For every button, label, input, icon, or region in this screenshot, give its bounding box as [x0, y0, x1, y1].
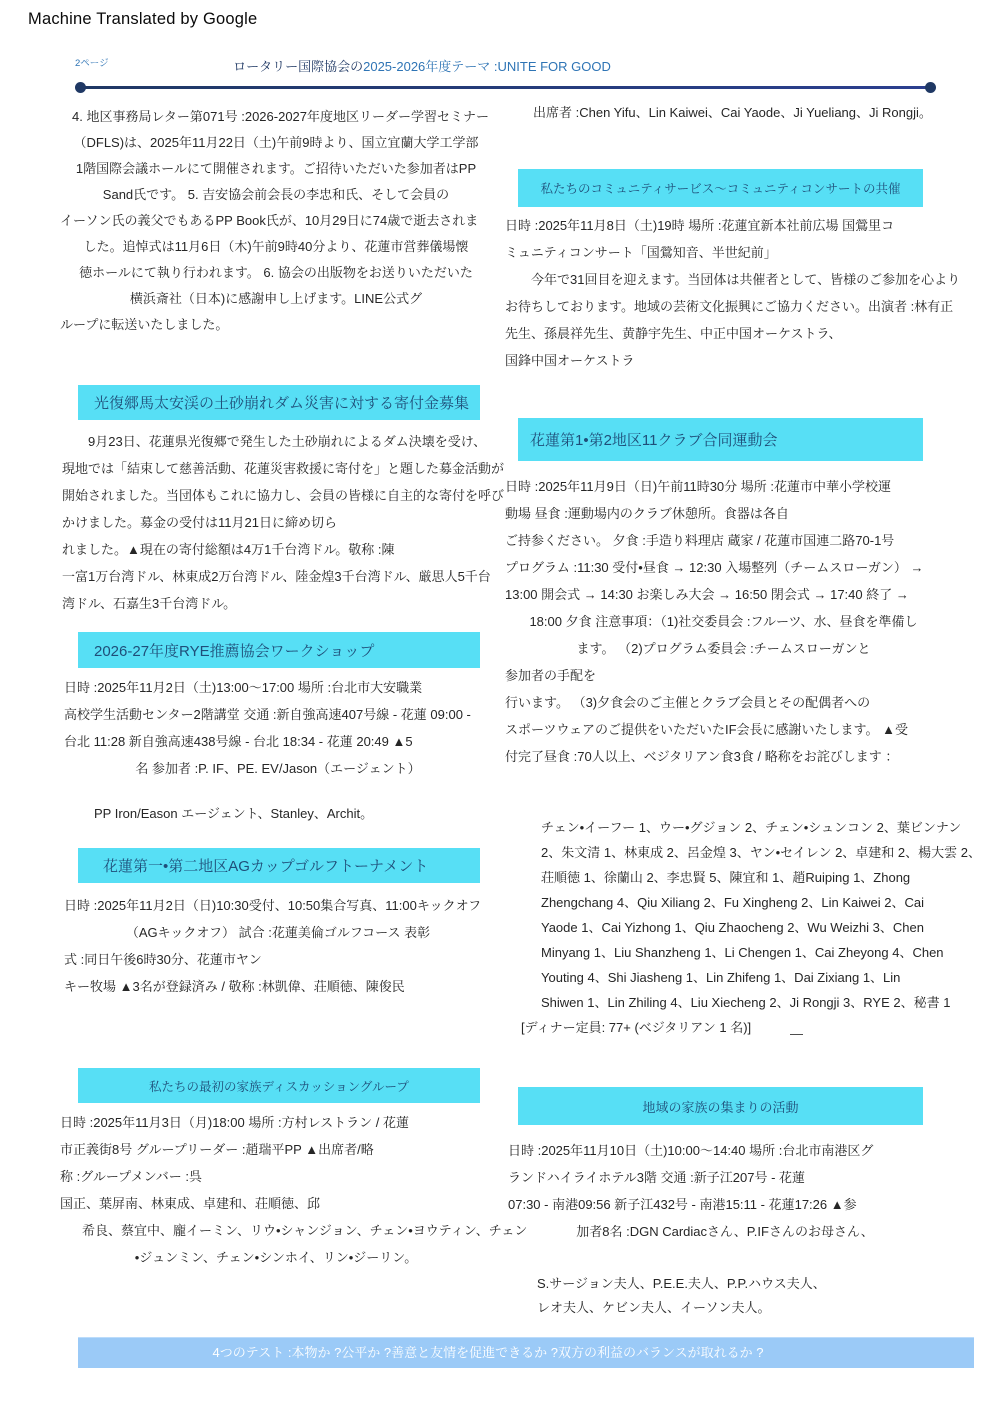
text-line: ループに転送いたしました。 — [60, 312, 492, 338]
text-line: 日時 :2025年11月2日（土)13:00～17:00 場所 :台北市大安職業 — [64, 674, 492, 701]
text-line: •ジュンミン、チェン•シンホイ、リン•ジーリン。 — [60, 1244, 492, 1271]
text-line: 1階国際会議ホールにて開催されます。ご招待いただいた参加者はPP — [60, 156, 492, 182]
roster-line: 2、朱文清 1、林東成 2、呂金煌 3、ヤン•セイレン 2、卓建和 2、楊大雲 … — [541, 840, 942, 865]
section-title-community-family-gathering: 地域の家族の集まりの活動 — [518, 1087, 923, 1125]
text-line: 加者8名 :DGN Cardiacさん、P.IFさんのお母さん、 — [508, 1218, 942, 1245]
roster-line: Youting 4、Shi Jiasheng 1、Lin Zhifeng 1、D… — [541, 965, 942, 990]
text-line: 日時 :2025年11月9日（日)午前11時30分 場所 :花蓮市中華小学校運 — [505, 473, 942, 500]
section-title-text: 花蓮第1•第2地区11クラブ合同運動会 — [530, 429, 778, 450]
text-line: 徳ホールにて執り行われます。 6. 協会の出版物をお送りいただいた — [60, 260, 492, 286]
sports-meet-roster-list: チェン•イーフー 1、ウー•グジョン 2、チェン•シュンコン 2、葉ビンナン2、… — [505, 815, 942, 1040]
section-title-text: 私たちのコミュニティサービス～コミュニティコンサートの共催 — [540, 179, 900, 197]
trailing-dash-mark: — — [790, 1026, 803, 1041]
section-title-text: 花蓮第一•第二地区AGカップゴルフトーナメント — [103, 855, 428, 876]
rye-workshop-paragraph: 日時 :2025年11月2日（土)13:00～17:00 場所 :台北市大安職業… — [64, 674, 492, 782]
four-way-test-footer: 4つのテスト :本物か ?公平か ?善意と友情を促進できるか ?双方の利益のバラ… — [78, 1337, 974, 1368]
text-line: ご持参ください。 夕食 :手造り料理店 蔵家 / 花蓮市国連二路70-1号 — [505, 527, 942, 554]
text-line: れました。▲現在の寄付総額は4万1千台湾ドル。敬称 :陳 — [62, 536, 492, 563]
text-line: 日時 :2025年11月3日（月)18:00 場所 :方村レストラン / 花蓮 — [60, 1109, 492, 1136]
roster-line: [ディナー定員: 77+ (ベジタリアン 1 名)] — [521, 1015, 942, 1040]
text-line: イーソン氏の義父でもあるPP Book氏が、10月29日に74歳で逝去されま — [60, 208, 492, 234]
text-line: 先生、孫晨祥先生、黄静宇先生、中正中国オーケストラ、 — [505, 320, 939, 347]
text-line: 参加者の手配を — [505, 662, 942, 689]
text-line: Sand氏です。 5. 吉安協会前会長の李忠和氏、そして会員の — [60, 182, 492, 208]
text-line: 湾ドル、石嘉生3千台湾ドル。 — [62, 590, 492, 617]
text-line: 台北 11:28 新自強高速438号線 - 台北 18:34 - 花蓮 20:4… — [64, 728, 492, 755]
machine-translated-watermark: Machine Translated by Google — [28, 10, 257, 29]
section-title-donation-drive: 光復郷馬太安渓の土砂崩れダム災害に対する寄付金募集 — [78, 385, 480, 420]
roster-line: Yaode 1、Cai Yizhong 1、Qiu Zhaocheng 2、Wu… — [541, 915, 942, 940]
text-line: S.サージョン夫人、P.E.E.夫人、P.P.ハウス夫人、 — [537, 1272, 937, 1296]
section-title-joint-sports-meet: 花蓮第1•第2地区11クラブ合同運動会 — [518, 418, 923, 461]
text-line: かけました。募金の受付は11月21日に締め切ら — [62, 509, 492, 536]
text-line: 希良、蔡宜中、龐イーミン、リウ•シャンジョン、チェン•ヨウティン、チェン — [60, 1217, 492, 1244]
text-line: ます。 （2)プログラム委員会 :チームスローガンと — [505, 635, 942, 662]
district-office-letter-paragraph: 4. 地区事務局レター第071号 :2026-2027年度地区リーダー学習セミナ… — [60, 104, 492, 338]
text-line: スポーツウェアのご提供をいただいたIF会長に感謝いたします。 ▲受 — [505, 716, 942, 743]
text-line: （AGキックオフ） 試合 :花蓮美倫ゴルフコース 表彰 — [64, 919, 492, 946]
section-title-community-concert: 私たちのコミュニティサービス～コミュニティコンサートの共催 — [518, 169, 923, 207]
text-line: した。追悼式は11月6日（木)午前9時40分より、花蓮市営葬儀場懐 — [60, 234, 492, 260]
text-line: お待ちしております。地域の芸術文化振興にご協力ください。出演者 :林有正 — [505, 293, 939, 320]
text-line: 動場 昼食 :運動場内のクラブ休憩所。食器は各自 — [505, 500, 942, 527]
section-title-text: 私たちの最初の家族ディスカッショングループ — [149, 1077, 409, 1095]
text-line: 今年で31回目を迎えます。当団体は共催者として、皆様のご参加を心より — [505, 266, 939, 293]
rye-workshop-attendees-line: PP Iron/Eason エージェント、Stanley、Archit。 — [94, 800, 494, 827]
attendees-line: 出席者 :Chen Yifu、Lin Kaiwei、Cai Yaode、Ji Y… — [505, 100, 937, 126]
text-line: キー牧場 ▲3名が登録済み / 敬称 :林凱偉、荘順徳、陳俊民 — [64, 973, 492, 1000]
text-line: ランドハイライホテル3階 交通 :新子江207号 - 花蓮 — [508, 1164, 942, 1191]
text-line: 称 :グループメンバー :呉 — [60, 1163, 492, 1190]
text-line: 式 :同日午後6時30分、花蓮市ヤン — [64, 946, 492, 973]
text-line: 日時 :2025年11月2日（日)10:30受付、10:50集合写真、11:00… — [64, 892, 492, 919]
text-line: （DFLS)は、2025年11月22日（土)午前9時より、国立宜蘭大学工学部 — [60, 130, 492, 156]
section-title-rye-workshop: 2026-27年度RYE推薦協会ワークショップ — [78, 632, 480, 668]
text-line: 一富1万台湾ドル、林東成2万台湾ドル、陸金煌3千台湾ドル、厳思人5千台 — [62, 563, 492, 590]
section-title-text: 光復郷馬太安渓の土砂崩れダム災害に対する寄付金募集 — [94, 392, 469, 413]
section-title-golf-tournament: 花蓮第一•第二地区AGカップゴルフトーナメント — [78, 848, 480, 883]
community-family-gathering-spouses-lines: S.サージョン夫人、P.E.E.夫人、P.P.ハウス夫人、レオ夫人、ケビン夫人、… — [537, 1272, 937, 1320]
text-line: 現地では「結束して慈善活動、花蓮災害救援に寄付を」と題した募金活動が — [62, 455, 492, 482]
community-concert-paragraph: 日時 :2025年11月8日（土)19時 場所 :花蓮宜新本社前広場 国鶯里コミ… — [505, 212, 939, 374]
section-title-text: 地域の家族の集まりの活動 — [642, 1097, 798, 1116]
text-line: 付完了昼食 :70人以上、ベジタリアン食3食 / 略称をお詫びします ： — [505, 743, 942, 770]
text-line: 国正、葉屏南、林東成、卓建和、荘順徳、邱 — [60, 1190, 492, 1217]
roster-line: Shiwen 1、Lin Zhiling 4、Liu Xiecheng 2、Ji… — [541, 990, 942, 1015]
divider-dot-right — [925, 82, 936, 93]
text-line: 高校学生活動センター2階講堂 交通 :新自強高速407号線 - 花蓮 09:00… — [64, 701, 492, 728]
text-line: 開始されました。当団体もこれに協力し、会員の皆様に自主的な寄付を呼び — [62, 482, 492, 509]
text-line: 日時 :2025年11月8日（土)19時 場所 :花蓮宜新本社前広場 国鶯里コ — [505, 212, 939, 239]
divider-dot-left — [75, 82, 86, 93]
rotary-theme-line: ロータリー国際協会の2025-2026年度テーマ :UNITE FOR GOOD — [78, 56, 766, 75]
text-line: 横浜斎社（日本)に感謝申し上げます。LINE公式グ — [60, 286, 492, 312]
newsletter-page: Machine Translated by Google 2ページ ロータリー国… — [0, 0, 1000, 1415]
text-line: 07:30 - 南港09:56 新子江432号 - 南港15:11 - 花蓮17… — [508, 1191, 942, 1218]
community-family-gathering-paragraph: 日時 :2025年11月10日（土)10:00～14:40 場所 :台北市南港区… — [505, 1137, 942, 1245]
section-title-family-discussion-group: 私たちの最初の家族ディスカッショングループ — [78, 1068, 480, 1103]
roster-line: Zhengchang 4、Qiu Xiliang 2、Fu Xingheng 2… — [541, 890, 942, 915]
family-discussion-group-paragraph: 日時 :2025年11月3日（月)18:00 場所 :方村レストラン / 花蓮市… — [60, 1109, 492, 1271]
theme-prefix: ロータリー国際協会の — [233, 59, 363, 74]
text-line: プログラム :11:30 受付•昼食 → 12:30 入場整列（チームスローガン… — [505, 554, 942, 581]
text-line: ミュニティコンサート「国鶯知音、半世紀前」 — [505, 239, 939, 266]
roster-line: チェン•イーフー 1、ウー•グジョン 2、チェン•シュンコン 2、葉ビンナン — [541, 815, 942, 840]
section-title-text: 2026-27年度RYE推薦協会ワークショップ — [94, 640, 374, 661]
text-line: 名 参加者 :P. IF、PE. EV/Jason（エージェント） — [64, 755, 492, 782]
golf-tournament-paragraph: 日時 :2025年11月2日（日)10:30受付、10:50集合写真、11:00… — [64, 892, 492, 1000]
joint-sports-meet-paragraph: 日時 :2025年11月9日（日)午前11時30分 場所 :花蓮市中華小学校運動… — [505, 473, 942, 770]
text-line: 国鋒中国オーケストラ — [505, 347, 939, 374]
text-line: レオ夫人、ケビン夫人、イーソン夫人。 — [537, 1296, 937, 1320]
text-line: 行います。 （3)夕食会のご主催とクラブ会員とその配偶者への — [505, 689, 942, 716]
text-line: 13:00 開会式 → 14:30 お楽しみ大会 → 16:50 閉会式 → 1… — [505, 581, 942, 608]
donation-drive-paragraph: 9月23日、花蓮県光復郷で発生した土砂崩れによるダム決壊を受け、現地では「結束し… — [62, 428, 492, 617]
text-line: 18:00 夕食 注意事項：（1)社交委員会 :フルーツ、水、昼食を準備し — [505, 608, 942, 635]
roster-line: Minyang 1、Liu Shanzheng 1、Li Chengen 1、C… — [541, 940, 942, 965]
text-line: 市正義街8号 グループリーダー :趙瑞平PP ▲出席者/略 — [60, 1136, 492, 1163]
theme-highlight: 2025-2026年度テーマ :UNITE FOR GOOD — [363, 59, 611, 74]
text-line: 9月23日、花蓮県光復郷で発生した土砂崩れによるダム決壊を受け、 — [62, 428, 492, 455]
text-line: 4. 地区事務局レター第071号 :2026-2027年度地区リーダー学習セミナ… — [60, 104, 492, 130]
header-divider-line — [80, 86, 930, 89]
text-line: 日時 :2025年11月10日（土)10:00～14:40 場所 :台北市南港区… — [508, 1137, 942, 1164]
roster-line: 荘順徳 1、徐蘭山 2、李忠賢 5、陳宜和 1、趙Ruiping 1、Zhong — [541, 865, 942, 890]
